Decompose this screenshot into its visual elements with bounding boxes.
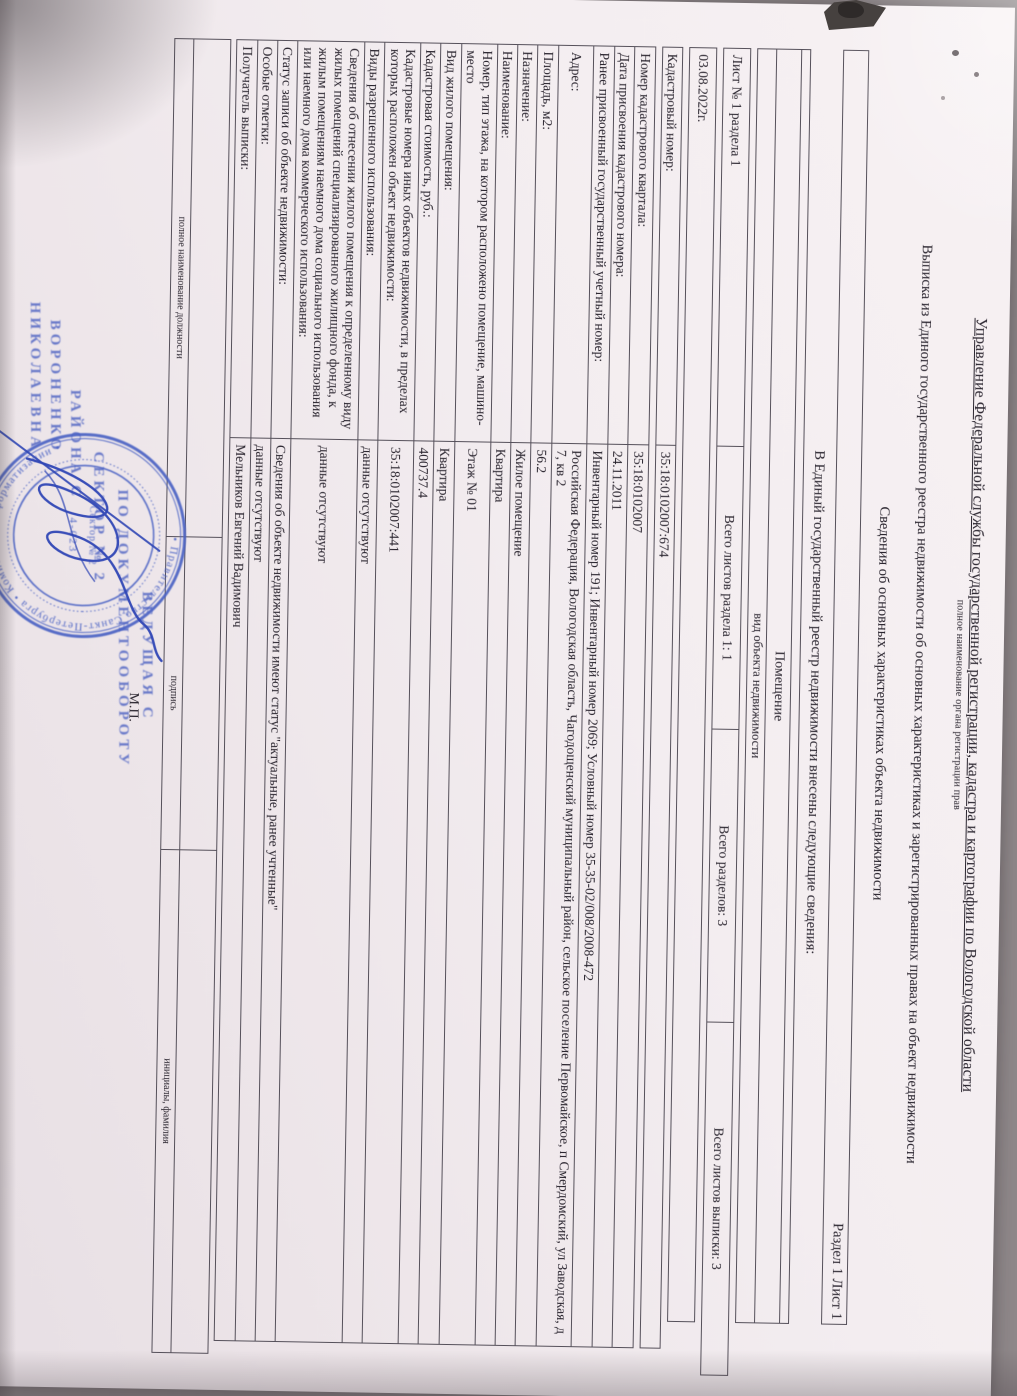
details-table: Номер кадастрового квартала:35:18:010200… — [214, 39, 656, 1348]
detail-label: Номер, тип этажа, на котором расположено… — [455, 44, 498, 443]
details-table-body: Номер кадастрового квартала:35:18:010200… — [215, 40, 656, 1348]
detail-label: Сведения об отнесении жилого помещения к… — [291, 41, 364, 440]
detail-label: Адрес: — [552, 45, 595, 444]
sections-total-cell: Всего разделов: 3 — [707, 729, 739, 1022]
section-sheet-label: Раздел 1 Лист 1 — [827, 1223, 846, 1320]
sheet-number-cell: Лист № 1 раздела 1 — [717, 48, 751, 446]
photo-artifact-speck — [941, 96, 945, 100]
cadastral-number-label: Кадастровый номер: — [655, 47, 682, 445]
stamp-place-label: М.П. — [113, 692, 141, 1388]
photo-artifact-speck — [952, 50, 959, 56]
detail-label: Кадастровые номера иных объектов недвижи… — [378, 42, 421, 441]
photo-artifact-speck — [974, 72, 979, 77]
document-title: Выписка из Единого государственного реес… — [898, 6, 939, 1396]
sheets-total-cell: Всего листов выписки: 3 — [701, 1022, 734, 1375]
document-sheet: Управление Федеральной службы государств… — [0, 0, 1015, 1396]
photo-of-document: { "header": { "authority": "Управление Ф… — [0, 0, 1017, 1396]
photo-artifact-dark-object-core — [838, 2, 864, 18]
sheets-in-section-cell: Всего листов раздела 1: 1 — [712, 446, 744, 729]
handwritten-signature — [0, 410, 196, 704]
